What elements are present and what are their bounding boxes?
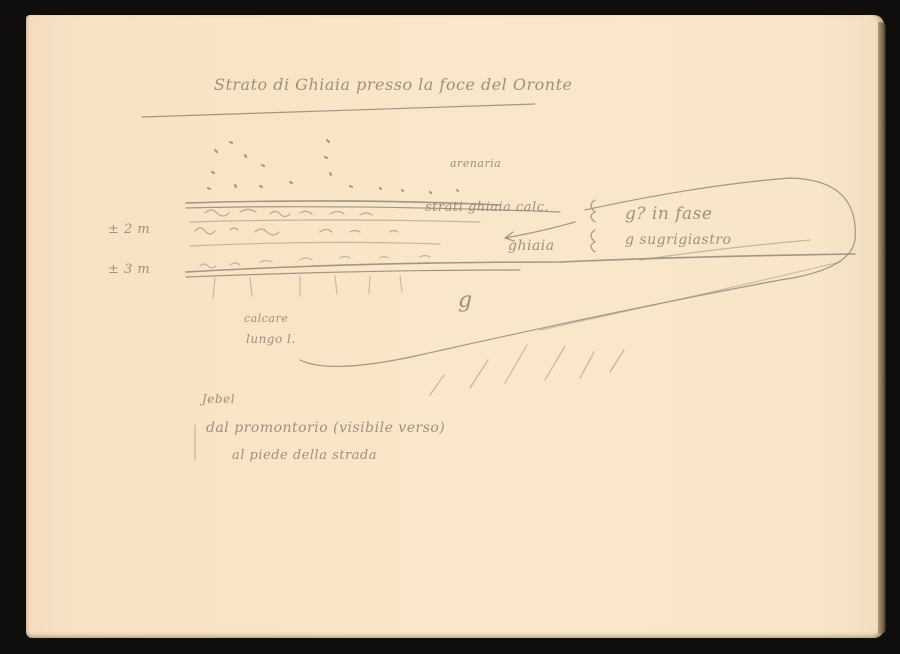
bracket-note-2: g sugrigiastro xyxy=(625,232,731,248)
layer-label-1: ± 2 m xyxy=(108,222,150,237)
bottom-note-1: Jebel xyxy=(202,392,235,406)
right-note-1: strati ghiaia calc. xyxy=(425,200,549,215)
bottom-note-2: dal promontorio (visibile verso) xyxy=(206,420,445,436)
title-note: Strato di Ghiaia presso la foce del Oron… xyxy=(214,75,572,94)
top-label: arenaria xyxy=(450,157,501,170)
lower-mark: g xyxy=(458,288,473,313)
left-note-1: calcare xyxy=(244,312,288,325)
left-note-2: lungo l. xyxy=(246,332,296,346)
right-note-2: ghiaia xyxy=(508,238,555,254)
scattered-dots xyxy=(208,140,458,193)
geological-sketch xyxy=(0,0,900,654)
bottom-note-3: al piede della strada xyxy=(232,448,377,463)
layer-label-2: ± 3 m xyxy=(108,262,150,277)
title-underline xyxy=(142,104,535,117)
bracket-note-1: g? in fase xyxy=(625,204,712,224)
